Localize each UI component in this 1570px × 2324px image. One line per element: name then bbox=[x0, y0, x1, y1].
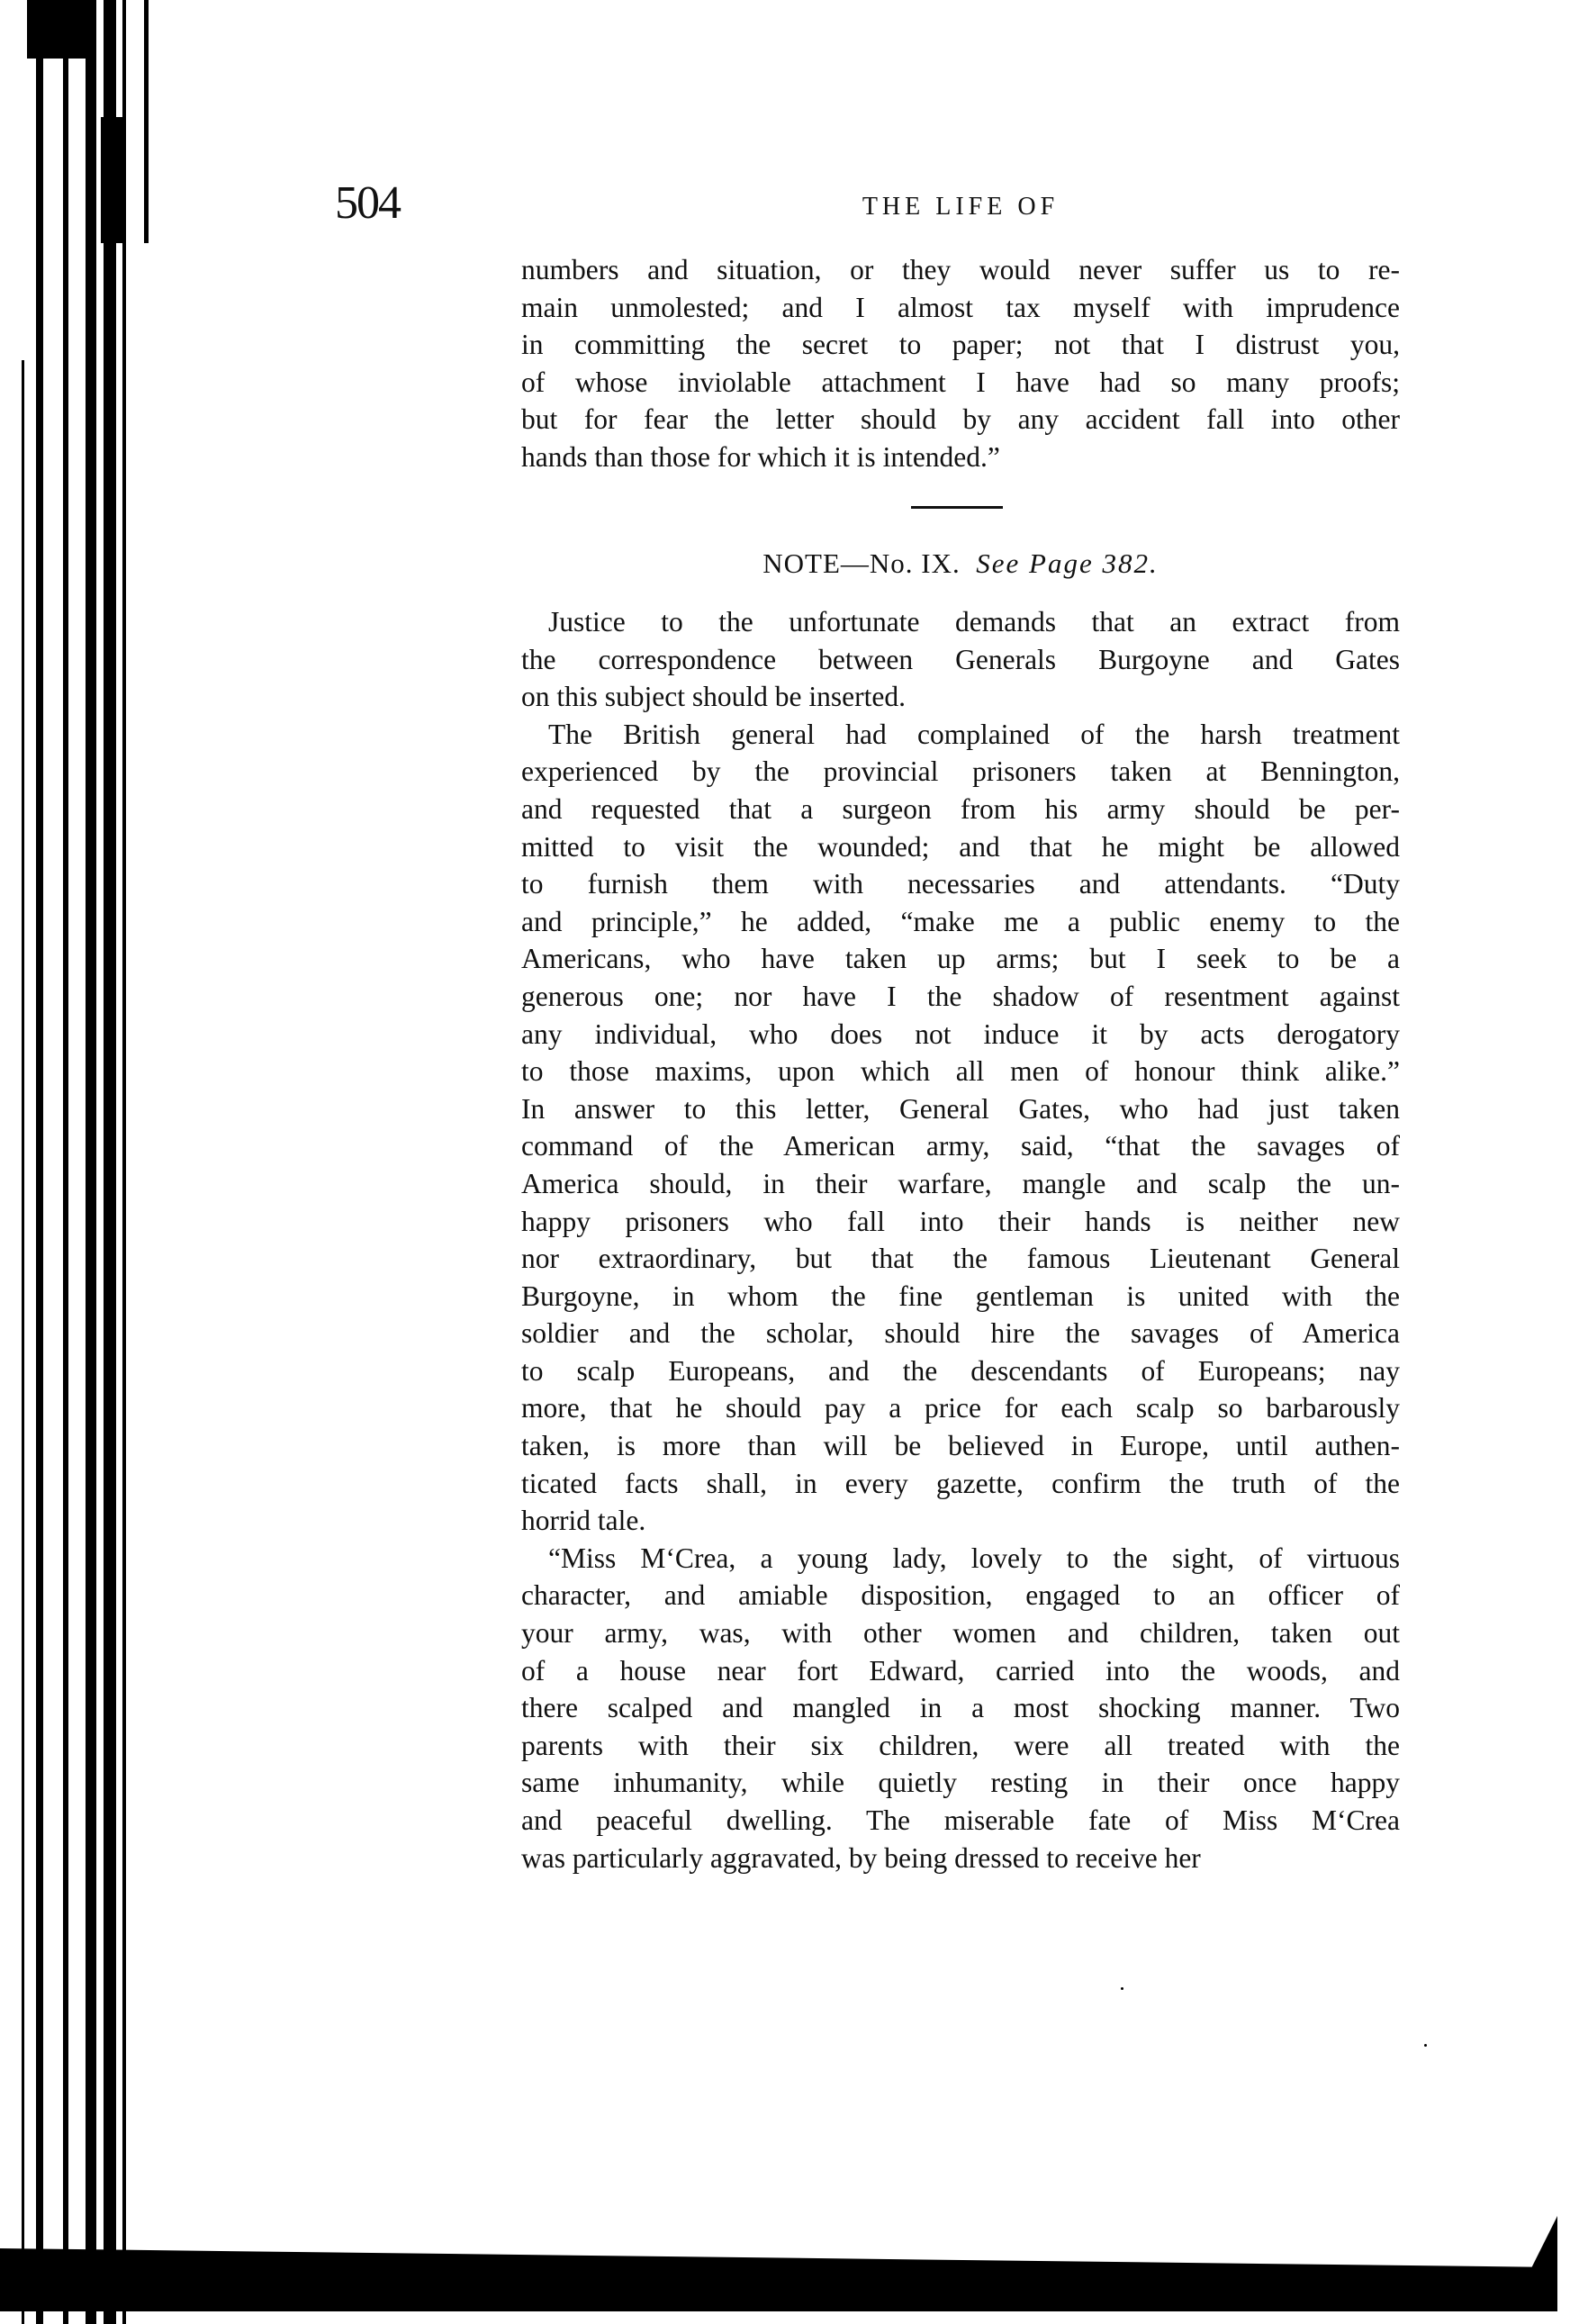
text-line: The British general had complained of th… bbox=[521, 716, 1400, 754]
text-line: taken, is more than will be believed in … bbox=[521, 1427, 1400, 1465]
text-line: but for fear the letter should by any ac… bbox=[521, 401, 1400, 439]
text-line: your army, was, with other women and chi… bbox=[521, 1614, 1400, 1652]
page-number: 504 bbox=[335, 176, 400, 230]
text-line: of a house near fort Edward, carried int… bbox=[521, 1652, 1400, 1690]
section-rule bbox=[911, 506, 1003, 509]
text-line: the correspondence between Generals Burg… bbox=[521, 641, 1400, 679]
text-line: generous one; nor have I the shadow of r… bbox=[521, 978, 1400, 1016]
text-line: soldier and the scholar, should hire the… bbox=[521, 1315, 1400, 1352]
text-line: same inhumanity, while quietly resting i… bbox=[521, 1764, 1400, 1802]
text-line: In answer to this letter, General Gates,… bbox=[521, 1090, 1400, 1128]
text-line: any individual, who does not induce it b… bbox=[521, 1016, 1400, 1053]
text-line: to those maxims, upon which all men of h… bbox=[521, 1053, 1400, 1090]
scan-corner bbox=[1530, 2216, 1557, 2270]
text-line: horrid tale. bbox=[521, 1502, 1400, 1540]
text-line: Justice to the unfortunate demands that … bbox=[521, 603, 1400, 641]
text-line: Americans, who have taken up arms; but I… bbox=[521, 940, 1400, 978]
scan-bottom-edge bbox=[0, 2248, 1557, 2311]
text-line: Burgoyne, in whom the fine gentleman is … bbox=[521, 1278, 1400, 1316]
text-line: happy prisoners who fall into their hand… bbox=[521, 1203, 1400, 1241]
speck bbox=[1121, 1987, 1123, 1990]
text-line: more, that he should pay a price for eac… bbox=[521, 1389, 1400, 1427]
text-line: mitted to visit the wounded; and that he… bbox=[521, 828, 1400, 866]
text-line: character, and amiable disposition, enga… bbox=[521, 1577, 1400, 1614]
text-line: numbers and situation, or they would nev… bbox=[521, 251, 1400, 289]
note-label: NOTE—No. IX. bbox=[762, 547, 961, 579]
running-head: THE LIFE OF bbox=[521, 193, 1400, 222]
text-line: there scalped and mangled in a most shoc… bbox=[521, 1689, 1400, 1727]
note-heading: NOTE—No. IX. See Page 382. bbox=[521, 547, 1400, 580]
text-line: and peaceful dwelling. The miserable fat… bbox=[521, 1802, 1400, 1840]
text-line: in committing the secret to paper; not t… bbox=[521, 326, 1400, 364]
book-binding-shadow bbox=[0, 0, 171, 2324]
text-line: nor extraordinary, but that the famous L… bbox=[521, 1240, 1400, 1278]
text-line: “Miss M‘Crea, a young lady, lovely to th… bbox=[521, 1540, 1400, 1578]
text-line: to furnish them with necessaries and att… bbox=[521, 865, 1400, 903]
text-line: experienced by the provincial prisoners … bbox=[521, 753, 1400, 791]
text-line: and principle,” he added, “make me a pub… bbox=[521, 903, 1400, 941]
speck bbox=[1424, 2044, 1427, 2047]
text-line: was particularly aggravated, by being dr… bbox=[521, 1840, 1400, 1877]
text-line: parents with their six children, were al… bbox=[521, 1727, 1400, 1765]
text-line: America should, in their warfare, mangle… bbox=[521, 1165, 1400, 1203]
text-line: main unmolested; and I almost tax myself… bbox=[521, 289, 1400, 327]
note-reference: See Page 382. bbox=[976, 547, 1158, 579]
text-line: of whose inviolable attachment I have ha… bbox=[521, 364, 1400, 402]
note-body: Justice to the unfortunate demands that … bbox=[521, 603, 1400, 1876]
text-line: hands than those for which it is intende… bbox=[521, 439, 1400, 476]
continuation-text: numbers and situation, or they would nev… bbox=[521, 251, 1400, 476]
text-line: on this subject should be inserted. bbox=[521, 678, 1400, 716]
text-line: to scalp Europeans, and the descendants … bbox=[521, 1352, 1400, 1390]
text-line: ticated facts shall, in every gazette, c… bbox=[521, 1465, 1400, 1503]
text-line: and requested that a surgeon from his ar… bbox=[521, 791, 1400, 828]
text-line: command of the American army, said, “tha… bbox=[521, 1127, 1400, 1165]
